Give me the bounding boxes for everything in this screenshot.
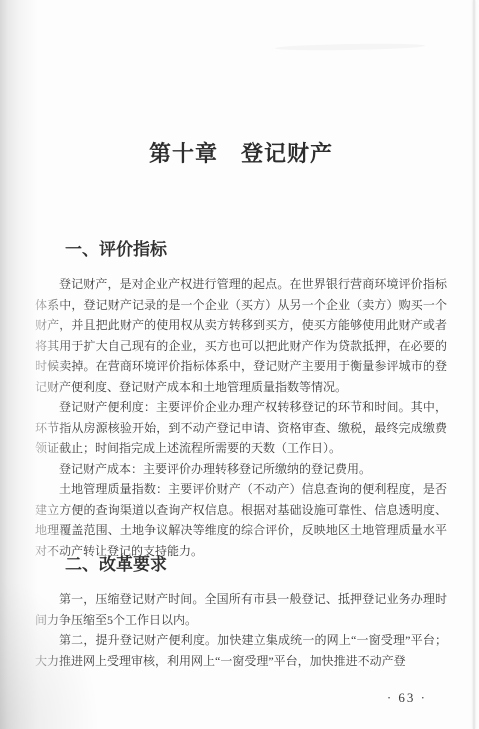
paragraph: 土地管理质量指数：主要评价财产（不动产）信息查询的便利程度，是否建立方便的查询渠… xyxy=(35,479,447,561)
chapter-title: 第十章 登记财产 xyxy=(35,0,447,168)
paragraph: 第二，提升登记财产便利度。加快建立集成统一的网上“一窗受理”平台；大力推进网上受… xyxy=(35,630,447,671)
paragraph: 登记财产成本：主要评价办理转移登记所缴纳的登记费用。 xyxy=(35,459,447,480)
page-number: · 63 · xyxy=(387,690,427,706)
paragraph: 第一，压缩登记财产时间。全国所有市县一般登记、抵押登记业务办理时间力争压缩至5个… xyxy=(35,589,447,630)
paragraph: 登记财产便利度：主要评价企业办理产权转移登记的环节和时间。其中，环节指从房源核验… xyxy=(35,397,447,459)
section-heading-evaluation-indicators: 一、评价指标 xyxy=(35,238,447,262)
page-content: 第十章 登记财产 一、评价指标 登记财产，是对企业产权进行管理的起点。在世界银行… xyxy=(35,0,447,671)
section-heading-reform-requirements: 二、改革要求 xyxy=(35,553,447,577)
book-page: 第十章 登记财产 一、评价指标 登记财产，是对企业产权进行管理的起点。在世界银行… xyxy=(0,0,479,729)
scan-streak-right xyxy=(473,0,475,729)
paragraph: 登记财产，是对企业产权进行管理的起点。在世界银行营商环境评价指标体系中，登记财产… xyxy=(35,274,447,397)
